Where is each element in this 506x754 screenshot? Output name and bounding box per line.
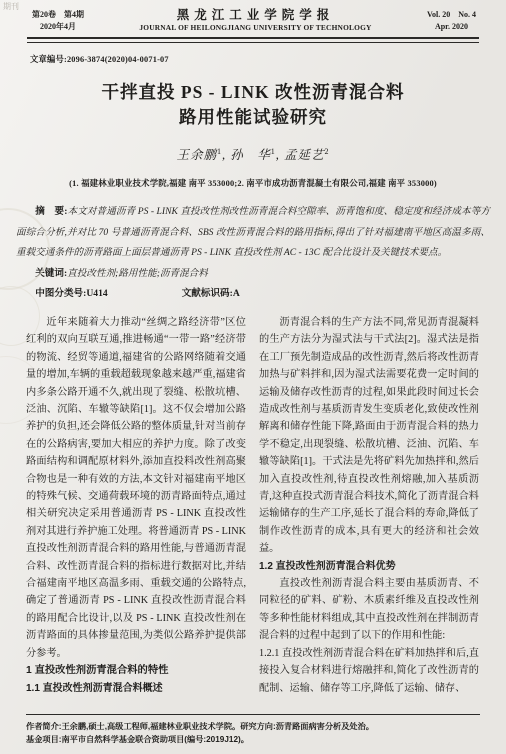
- volume-issue-en: Vol. 20 No. 4: [427, 9, 476, 21]
- article-title-line1: 干拌直投 PS - LINK 改性沥青混合料: [0, 80, 506, 105]
- article-title: 干拌直投 PS - LINK 改性沥青混合料 路用性能试验研究: [0, 80, 506, 130]
- journal-header: 第20卷 第4期 2020年4月 黑龙江工业学院学报 JOURNAL OF HE…: [0, 0, 506, 33]
- author-name: 王余鹏: [176, 148, 217, 162]
- header-volume-issue-en: Vol. 20 No. 4 Apr. 2020: [427, 9, 476, 33]
- doc-code-value: A: [233, 288, 240, 299]
- body-paragraph: 近年来随着大力推动“丝绸之路经济带”区位红利的双向互联互通,推进畅通“一带一路”…: [26, 314, 246, 662]
- right-column: 沥青混合料的生产方法不同,常见沥青混凝料的生产方法分为湿式法与干式法[2]。湿式…: [259, 314, 479, 697]
- article-number: 文章编号:2096-3874(2020)04-0071-07: [30, 53, 506, 65]
- section-heading-1-1: 1.1 直投改性剂沥青混合料概述: [26, 680, 246, 697]
- keywords-line: 关键词:直投改性剂;路用性能;沥青混合料: [16, 264, 490, 285]
- author-separator: ,: [222, 148, 226, 162]
- clc-line: 中图分类号:U414文献标识码:A: [16, 284, 490, 305]
- author-separator: ,: [276, 148, 280, 162]
- article-title-line2: 路用性能试验研究: [0, 105, 506, 130]
- body-paragraph: 直投改性剂沥青混合料主要由基质沥青、不同粒径的矿料、矿粉、木质素纤维及直投改性剂…: [259, 575, 479, 645]
- scan-watermark-text: 期刊: [3, 1, 19, 12]
- clc-value: U414: [86, 288, 107, 299]
- journal-page: 期刊 第20卷 第4期 2020年4月 黑龙江工业学院学报 JOURNAL OF…: [0, 0, 506, 754]
- author-affil-sup: 2: [325, 147, 330, 156]
- abstract-paragraph: 摘 要:本文对普通沥青 PS - LINK 直投改性剂改性沥青混合料空隙率、沥青…: [16, 202, 490, 264]
- date-cn: 2020年4月: [32, 21, 84, 33]
- date-en: Apr. 2020: [427, 21, 476, 33]
- author-name: 孙 华: [230, 148, 271, 162]
- section-heading-1: 1 直投改性剂沥青混合料的特性: [26, 662, 246, 679]
- abstract-label: 摘 要:: [35, 206, 67, 217]
- body-paragraph: 1.2.1 直投改性剂沥青混合料在矿料加热拌和后,直接投入复合材料进行熔融拌和,…: [259, 645, 479, 697]
- affiliation-line: (1. 福建林业职业技术学院,福建 南平 353000;2. 南平市成功沥青混凝…: [0, 177, 506, 189]
- author: 孙 华1,: [230, 148, 280, 162]
- section-heading-1-2: 1.2 直投改性剂沥青混合料优势: [259, 558, 479, 575]
- doc-code-label: 文献标识码:: [182, 288, 233, 299]
- journal-name-en: JOURNAL OF HEILONGJIANG UNIVERSITY OF TE…: [139, 22, 371, 33]
- header-volume-issue-cn: 第20卷 第4期 2020年4月: [32, 9, 84, 33]
- volume-issue-cn: 第20卷 第4期: [32, 9, 84, 21]
- journal-name-cn: 黑龙江工业学院学报: [139, 8, 371, 22]
- header-double-rule: [27, 37, 479, 43]
- abstract-text: 本文对普通沥青 PS - LINK 直投改性剂改性沥青混合料空隙率、沥青饱和度、…: [16, 206, 490, 258]
- author-bio-line: 作者简介:王余鹏,硕士,高级工程师,福建林业职业技术学院。研究方向:沥青路面病害…: [26, 720, 480, 733]
- journal-name-block: 黑龙江工业学院学报 JOURNAL OF HEILONGJIANG UNIVER…: [139, 8, 371, 33]
- authors-line: 王余鹏1, 孙 华1, 孟延艺2: [0, 145, 506, 163]
- funding-line: 基金项目:南平市自然科学基金联合资助项目(编号:2019J12)。: [26, 733, 480, 746]
- body-columns: 近年来随着大力推动“丝绸之路经济带”区位红利的双向互联互通,推进畅通“一带一路”…: [26, 314, 480, 697]
- abstract-block: 摘 要:本文对普通沥青 PS - LINK 直投改性剂改性沥青混合料空隙率、沥青…: [16, 202, 490, 305]
- clc-label: 中图分类号:: [35, 288, 86, 299]
- body-paragraph: 沥青混合料的生产方法不同,常见沥青混凝料的生产方法分为湿式法与干式法[2]。湿式…: [259, 314, 479, 558]
- keywords-text: 直投改性剂;路用性能;沥青混合料: [67, 268, 208, 279]
- footnote-block: 作者简介:王余鹏,硕士,高级工程师,福建林业职业技术学院。研究方向:沥青路面病害…: [26, 714, 480, 746]
- left-column: 近年来随着大力推动“丝绸之路经济带”区位红利的双向互联互通,推进畅通“一带一路”…: [26, 314, 246, 697]
- author: 王余鹏1,: [176, 148, 226, 162]
- author-name: 孟延艺: [284, 148, 325, 162]
- author: 孟延艺2: [284, 148, 330, 162]
